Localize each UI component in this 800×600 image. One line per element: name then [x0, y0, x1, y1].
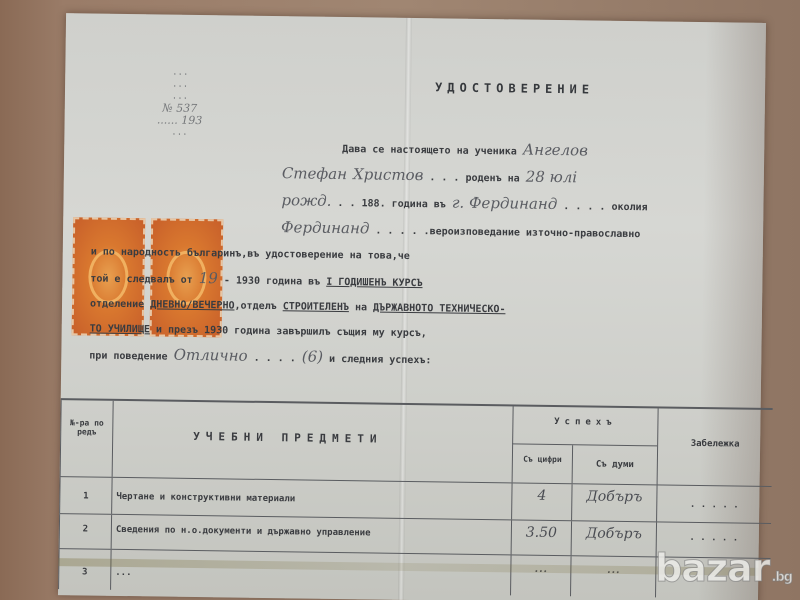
header-grade-sub: Съ цифри Съ думи	[512, 444, 658, 484]
handwritten-district: Фердинанд	[281, 218, 370, 237]
text: при поведение	[89, 350, 167, 362]
row-digits: ...	[510, 555, 571, 596]
header-words: Съ думи	[572, 445, 658, 484]
watermark-tld: .bg	[771, 570, 792, 585]
row-digits: 3.50	[511, 520, 571, 555]
header-notes: Забележка	[657, 408, 773, 486]
handwritten-birthdate: 28 юлi	[526, 168, 578, 187]
row-subject: ...	[110, 550, 511, 596]
handwritten-conduct: Отлично	[174, 346, 248, 365]
handwritten-year: 19	[199, 269, 218, 287]
row-subject: Сведения по н.о.документи и държавно упр…	[111, 515, 511, 555]
text: - 1930 година въ	[224, 275, 320, 287]
text: отделение	[90, 299, 144, 311]
course-name: I ГОДИШЕНЪ КУРСЪ	[326, 277, 422, 289]
header-grade-group: Успехъ Съ цифри Съ думи	[512, 406, 658, 484]
text: и по народность българинъ,въ удостоверен…	[91, 247, 410, 262]
text: и следния успехъ:	[329, 354, 432, 366]
watermark-brand: bazar	[655, 546, 769, 590]
table-header-row: №-ра по редъ УЧЕБНИ ПРЕДМЕТИ Успехъ Съ ц…	[60, 400, 773, 487]
header-grade: Успехъ	[512, 406, 658, 446]
school-name: ДЪРЖАВНОТО ТЕХНИЧЕСКО-	[373, 302, 506, 315]
row-digits: 4	[511, 483, 571, 520]
row-words: Добъръ	[571, 521, 656, 556]
text: ,отделъ	[234, 301, 276, 313]
office-stamp: ... ... ... № 537 ...... 193 ...	[94, 66, 265, 140]
section: СТРОИТЕЛЕНЪ	[283, 301, 349, 313]
handwritten-text: рожд.	[281, 191, 331, 210]
header-digits: Съ цифри	[512, 444, 573, 483]
document-paper: ... ... ... № 537 ...... 193 ... УДОСТОВ…	[58, 13, 766, 600]
text: . . . . .вероизповедание източно-правосл…	[375, 225, 640, 240]
text: той е следвалъ от	[90, 274, 193, 286]
row-subject: Чертане и конструктивни материали	[111, 478, 511, 520]
row-words: Добъръ	[571, 484, 656, 521]
text: и презъ 1930 година завършилъ същия му к…	[156, 324, 427, 339]
text: на	[355, 302, 367, 313]
row-num: 3	[58, 549, 111, 590]
document-body: Дава се настоящето на ученика Ангелов Ст…	[89, 132, 732, 378]
text: Дава се настоящето на ученика	[342, 144, 517, 157]
document-title: УДОСТОВЕРЕНИЕ	[435, 80, 594, 96]
row-num: 1	[59, 477, 111, 514]
row-words: ...	[570, 556, 656, 597]
text: . . 188. година въ	[337, 198, 446, 211]
header-subject: УЧЕБНИ ПРЕДМЕТИ	[112, 401, 513, 483]
row-num: 2	[59, 514, 111, 549]
bazar-watermark-logo: bazar.bg	[655, 546, 792, 590]
handwritten-grade: (6)	[302, 347, 323, 365]
handwritten-patronymic: Христов	[353, 165, 424, 184]
handwritten-surname: Ангелов	[523, 141, 588, 160]
text: . . . роденъ на	[429, 172, 519, 184]
text: . . . .	[254, 353, 296, 365]
header-num: №-ра по редъ	[60, 400, 113, 477]
row-notes: . . . . .	[656, 485, 771, 523]
handwritten-birthplace: г. Фердинанд	[452, 194, 558, 213]
school-name-cont: ТО УЧИЛИЩЕ	[90, 324, 150, 336]
department: ДНЕВНО/ВЕЧЕРНО	[150, 299, 234, 311]
text: . . . . околия	[563, 201, 647, 213]
handwritten-name: Стефан	[282, 164, 347, 183]
